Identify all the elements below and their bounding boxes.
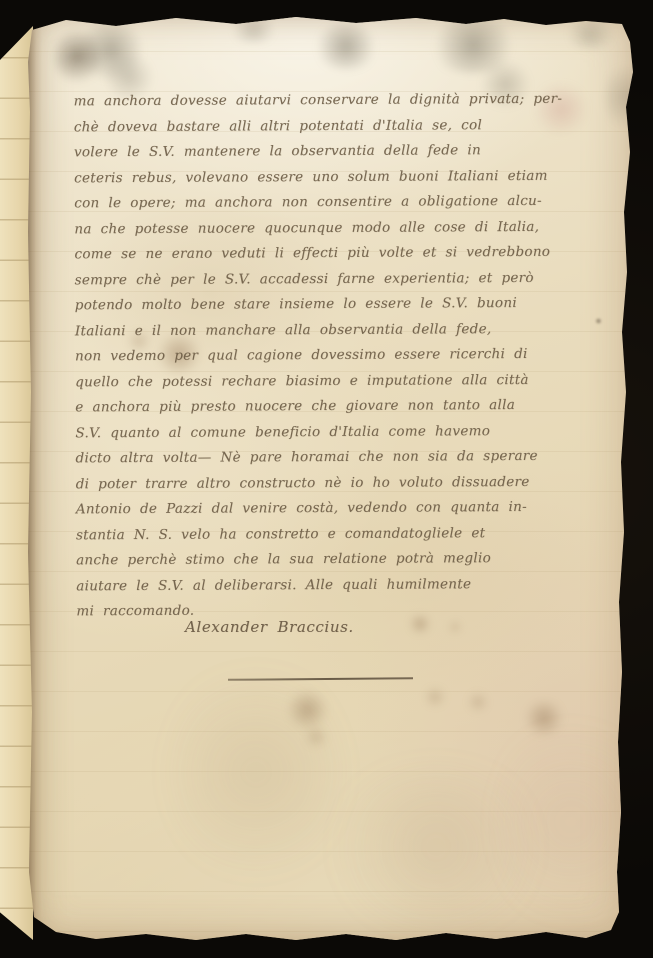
manuscript-photo-background: ma anchora dovesse aiutarvi conservare l… xyxy=(0,0,653,958)
mold-stain xyxy=(426,18,521,73)
text-line: quello che potessi rechare biasimo e imp… xyxy=(75,367,580,395)
water-stain xyxy=(326,772,546,922)
text-line: volere le S.V. mantenere la observantia … xyxy=(74,138,579,166)
water-stain xyxy=(176,662,336,882)
ink-blot xyxy=(523,700,565,736)
text-line: stantia N. S. velo ha constretto e coman… xyxy=(76,520,581,548)
water-stain xyxy=(506,712,636,932)
text-line: potendo molto bene stare insieme lo esse… xyxy=(75,291,580,319)
text-line: aiutare le S.V. al deliberarsi. Alle qua… xyxy=(76,571,581,599)
mold-stain xyxy=(561,20,621,48)
text-line: ma anchora dovesse aiutarvi conservare l… xyxy=(74,87,579,115)
manuscript-text: ma anchora dovesse aiutarvi conservare l… xyxy=(74,87,582,625)
speck-stain xyxy=(595,318,602,324)
ink-blot xyxy=(422,688,448,706)
text-line: di poter trarre altro constructo nè io h… xyxy=(76,469,581,497)
mold-stain xyxy=(311,24,381,69)
scorch-stain xyxy=(54,26,100,86)
mold-stain xyxy=(606,57,651,137)
text-line: dicto altra volta— Nè pare horamai che n… xyxy=(75,444,580,472)
separator-rule xyxy=(228,677,413,680)
underlying-page-edge xyxy=(0,18,33,940)
text-line: sempre chè per le S.V. accadessi farne e… xyxy=(75,265,580,293)
text-line: come se ne erano veduti li effecti più v… xyxy=(74,240,579,268)
manuscript-page: ma anchora dovesse aiutarvi conservare l… xyxy=(26,12,638,947)
text-line: Antonio de Pazzi dal venire costà, veden… xyxy=(76,495,581,523)
text-line: non vedemo per qual cagione dovessimo es… xyxy=(75,342,580,370)
text-line: con le opere; ma anchora non consentire … xyxy=(74,189,579,217)
mold-stain xyxy=(76,20,146,80)
text-line: S.V. quanto al comune beneficio d'Italia… xyxy=(75,418,580,446)
text-line: anche perchè stimo che la sua relatione … xyxy=(76,546,581,574)
text-line: chè doveva bastare alli altri potentati … xyxy=(74,112,579,140)
text-line: e anchora più presto nuocere che giovare… xyxy=(75,393,580,421)
signature: Alexander Braccius. xyxy=(185,618,354,636)
text-line: ceteris rebus, volevano essere uno solum… xyxy=(74,163,579,191)
text-line: na che potesse nuocere quocunque modo al… xyxy=(74,214,579,242)
text-line: Italiani e il non manchare alla observan… xyxy=(75,316,580,344)
mold-stain xyxy=(226,16,281,42)
ink-blot xyxy=(303,727,329,747)
ink-blot xyxy=(467,692,489,712)
ink-blot xyxy=(285,690,330,730)
